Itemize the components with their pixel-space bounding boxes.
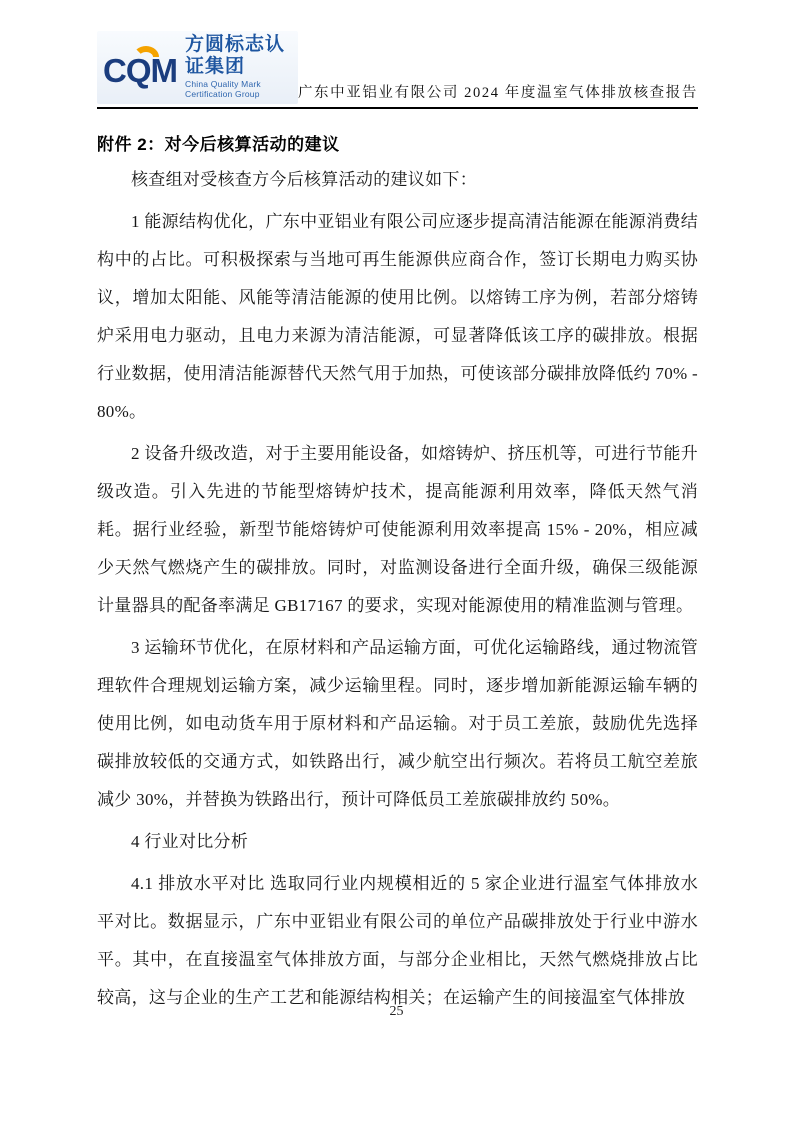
- cqm-name-english: China Quality Mark Certification Group: [185, 79, 288, 99]
- cqm-logo: CQM 方圆标志认证集团 China Quality Mark Certific…: [97, 31, 298, 104]
- attachment-heading: 附件 2：对今后核算活动的建议: [97, 130, 698, 155]
- cqm-logo-text: CQM: [103, 45, 177, 89]
- page-number: 25: [0, 1004, 793, 1020]
- report-title: 广东中亚铝业有限公司 2024 年度温室气体排放核查报告: [298, 81, 698, 104]
- paragraph-industry-comparison-heading: 4 行业对比分析: [97, 823, 698, 861]
- cqm-logo-names: 方圆标志认证集团 China Quality Mark Certificatio…: [185, 34, 288, 99]
- document-body: 附件 2：对今后核算活动的建议 核查组对受核查方今后核算活动的建议如下： 1 能…: [97, 130, 698, 1017]
- document-header: CQM 方圆标志认证集团 China Quality Mark Certific…: [97, 0, 698, 109]
- cqm-arc-icon: [133, 46, 159, 57]
- cqm-name-chinese: 方圆标志认证集团: [185, 34, 288, 78]
- cqm-letters: CQM: [103, 52, 177, 89]
- paragraph-intro: 核查组对受核查方今后核算活动的建议如下：: [97, 161, 698, 199]
- paragraph-equipment-upgrade: 2 设备升级改造，对于主要用能设备，如熔铸炉、挤压机等，可进行节能升级改造。引入…: [97, 435, 698, 625]
- paragraph-energy-structure: 1 能源结构优化，广东中亚铝业有限公司应逐步提高清洁能源在能源消费结构中的占比。…: [97, 203, 698, 431]
- paragraph-transport-optimization: 3 运输环节优化，在原材料和产品运输方面，可优化运输路线，通过物流管理软件合理规…: [97, 629, 698, 819]
- paragraph-emission-level-comparison: 4.1 排放水平对比 选取同行业内规模相近的 5 家企业进行温室气体排放水平对比…: [97, 865, 698, 1017]
- document-page: CQM 方圆标志认证集团 China Quality Mark Certific…: [0, 0, 793, 1122]
